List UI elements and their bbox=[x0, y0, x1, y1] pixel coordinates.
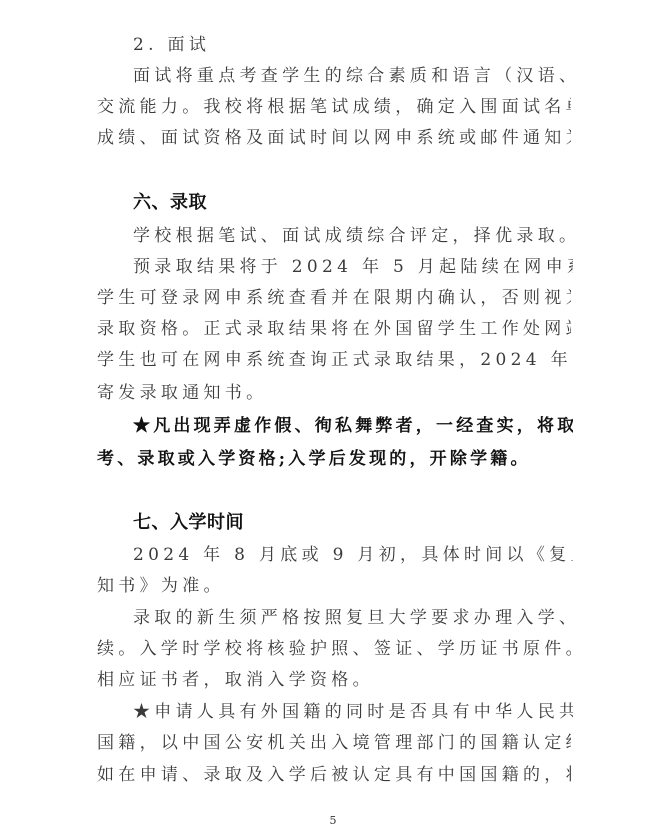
paragraph-line: 知书》为准。 bbox=[97, 575, 571, 597]
paragraph-line: 如在申请、录取及入学后被认定具有中国国籍的，将取消申 bbox=[97, 764, 571, 786]
section-heading-enrollment: 七、入学时间 bbox=[133, 512, 573, 534]
paragraph-line: 相应证书者，取消入学资格。 bbox=[97, 669, 571, 691]
paragraph-line: 学生也可在网申系统查询正式录取结果，2024 年 7 月起陆续 bbox=[97, 349, 571, 371]
paragraph-line: 国籍，以中国公安机关出入境管理部门的国籍认定结论为准。 bbox=[97, 732, 571, 754]
section-heading-admission: 六、录取 bbox=[133, 192, 573, 214]
paragraph-line: 2024 年 8 月底或 9 月初，具体时间以《复旦大学录取通 bbox=[133, 544, 573, 566]
paragraph-line: 学生可登录网申系统查看并在限期内确认，否则视为放弃预 bbox=[97, 287, 571, 309]
notice-line: 考、录取或入学资格;入学后发现的，开除学籍。 bbox=[97, 448, 571, 470]
paragraph-line: 预录取结果将于 2024 年 5 月起陆续在网申系统发布， bbox=[133, 256, 573, 278]
paragraph-line: 交流能力。我校将根据笔试成绩，确定入围面试名单。笔试 bbox=[97, 96, 571, 118]
paragraph-line: 续。入学时学校将核验护照、签证、学历证书原件。未提交 bbox=[97, 638, 571, 660]
paragraph-line: 录取资格。正式录取结果将在外国留学生工作处网站公布， bbox=[97, 318, 571, 340]
paragraph-line: 录取的新生须严格按照复旦大学要求办理入学、注册手 bbox=[133, 607, 573, 629]
paragraph-line: 学校根据笔试、面试成绩综合评定，择优录取。 bbox=[133, 225, 573, 247]
paragraph-line: 面试将重点考查学生的综合素质和语言（汉语、英语） bbox=[133, 65, 573, 87]
notice-line: ★凡出现弄虚作假、徇私舞弊者，一经查实，将取消报 bbox=[133, 415, 573, 437]
subheading-interview: 2. 面试 bbox=[133, 34, 573, 56]
paragraph-line: 成绩、面试资格及面试时间以网申系统或邮件通知为准。 bbox=[97, 127, 571, 149]
page-number: 5 bbox=[0, 814, 666, 827]
paragraph-line: ★申请人具有外国籍的同时是否具有中华人民共和国 bbox=[133, 701, 573, 723]
document-page: 2. 面试 面试将重点考查学生的综合素质和语言（汉语、英语） 交流能力。我校将根… bbox=[0, 0, 666, 833]
paragraph-line: 寄发录取通知书。 bbox=[97, 382, 571, 404]
